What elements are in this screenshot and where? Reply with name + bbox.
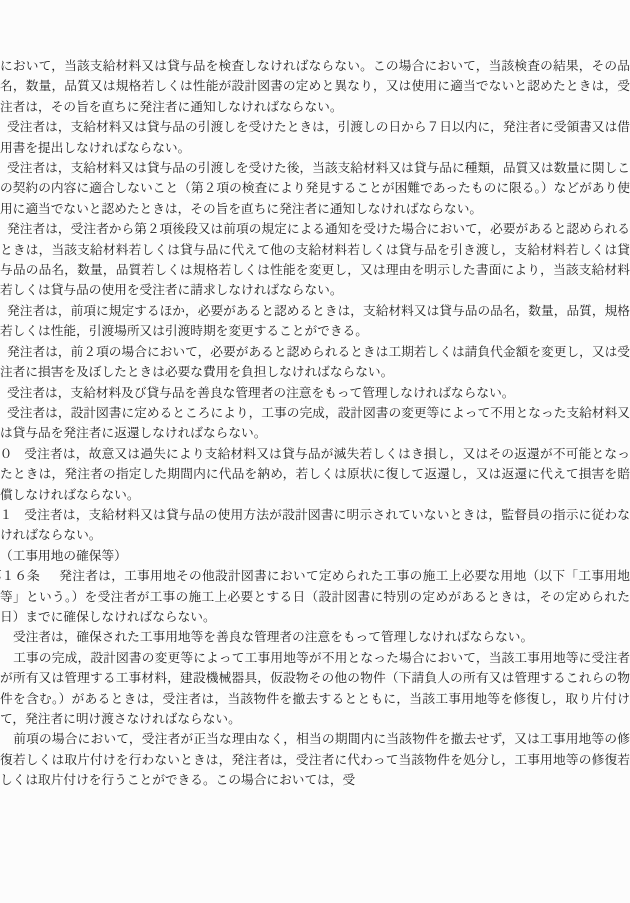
clause-15-10: １０受注者は，故意又は過失により支給材料又は貸与品が滅失若しくはき損し，又はその… bbox=[0, 444, 630, 505]
clause-16-3: 3工事の完成，設計図書の変更等によって工事用地等が不用となった場合において，当該… bbox=[0, 648, 630, 730]
clause-text: 工事の完成，設計図書の変更等によって工事用地等が不用となった場合において，当該工… bbox=[0, 651, 630, 726]
clause-15-9: 9受注者は，設計図書に定めるところにより，工事の完成，設計図書の変更等によって不… bbox=[0, 403, 630, 444]
clause-number: 3 bbox=[0, 117, 7, 137]
continuation-paragraph: において，当該支給材料又は貸与品を検査しなければならない。この場合において，当該… bbox=[0, 56, 630, 117]
clause-text: 受注者は，支給材料又は貸与品の引渡しを受けた後，当該支給材料又は貸与品に種類，品… bbox=[0, 161, 630, 216]
clause-15-11: １１受注者は，支給材料又は貸与品の使用方法が設計図書に明示されていないときは，監… bbox=[0, 505, 630, 546]
clause-number: 5 bbox=[0, 219, 7, 239]
clause-number: 9 bbox=[0, 403, 7, 423]
article-16: 第１６条発注者は，工事用地その他設計図書において定められた工事の施工上必要な用地… bbox=[0, 566, 630, 627]
clause-text: 発注者は，前２項の場合において，必要があると認められるときは工期若しくは請負代金… bbox=[0, 345, 630, 379]
clause-15-3: 3受注者は，支給材料又は貸与品の引渡しを受けたときは，引渡しの日から７日以内に，… bbox=[0, 117, 630, 158]
clause-text: 発注者は，前項に規定するほか，必要があると認めるときは，支給材料又は貸与品の品名… bbox=[0, 304, 630, 338]
clause-number: 8 bbox=[0, 383, 7, 403]
clause-text: 受注者は，設計図書に定めるところにより，工事の完成，設計図書の変更等によって不用… bbox=[0, 406, 630, 440]
clause-number: 3 bbox=[0, 648, 13, 668]
document-page: において，当該支給材料又は貸与品を検査しなければならない。この場合において，当該… bbox=[0, 0, 630, 903]
clause-15-8: 8受注者は，支給材料及び貸与品を善良な管理者の注意をもって管理しなければならない… bbox=[0, 383, 630, 403]
clause-text: 受注者は，故意又は過失により支給材料又は貸与品が滅失若しくはき損し，又はその返還… bbox=[0, 447, 630, 502]
clause-text: 受注者は，確保された工事用地等を善良な管理者の注意をもって管理しなければならない… bbox=[13, 630, 533, 644]
clause-15-4: 4受注者は，支給材料又は貸与品の引渡しを受けた後，当該支給材料又は貸与品に種類，… bbox=[0, 158, 630, 219]
clause-15-7: 7発注者は，前２項の場合において，必要があると認められるときは工期若しくは請負代… bbox=[0, 342, 630, 383]
clause-16-2: 2受注者は，確保された工事用地等を善良な管理者の注意をもって管理しなければならな… bbox=[0, 627, 630, 647]
clause-text: 発注者は，受注者から第２項後段又は前項の規定による通知を受けた場合において，必要… bbox=[0, 222, 630, 297]
clause-number: 7 bbox=[0, 342, 7, 362]
clause-text: 受注者は，支給材料又は貸与品の使用方法が設計図書に明示されていないときは，監督員… bbox=[0, 508, 630, 542]
clause-number: 2 bbox=[0, 627, 13, 647]
article-number: 第１６条 bbox=[0, 566, 59, 586]
clause-15-5: 5発注者は，受注者から第２項後段又は前項の規定による通知を受けた場合において，必… bbox=[0, 219, 630, 301]
clause-number: 4 bbox=[0, 158, 7, 178]
clause-number: １１ bbox=[0, 505, 24, 525]
clause-number: 6 bbox=[0, 301, 7, 321]
clause-number: １０ bbox=[0, 444, 24, 464]
clause-text: 前項の場合において，受注者が正当な理由なく，相当の期間内に当該物件を撤去せず，又… bbox=[0, 732, 630, 787]
clause-15-6: 6発注者は，前項に規定するほか，必要があると認めるときは，支給材料又は貸与品の品… bbox=[0, 301, 630, 342]
clause-16-4: 4前項の場合において，受注者が正当な理由なく，相当の期間内に当該物件を撤去せず，… bbox=[0, 729, 630, 790]
section-heading: （工事用地の確保等） bbox=[0, 546, 630, 566]
clause-text: 受注者は，支給材料及び貸与品を善良な管理者の注意をもって管理しなければならない。 bbox=[7, 386, 515, 400]
clause-number: 4 bbox=[0, 729, 13, 749]
article-text: 発注者は，工事用地その他設計図書において定められた工事の施工上必要な用地（以下「… bbox=[0, 569, 630, 624]
clause-text: 受注者は，支給材料又は貸与品の引渡しを受けたときは，引渡しの日から７日以内に，発… bbox=[0, 120, 630, 154]
